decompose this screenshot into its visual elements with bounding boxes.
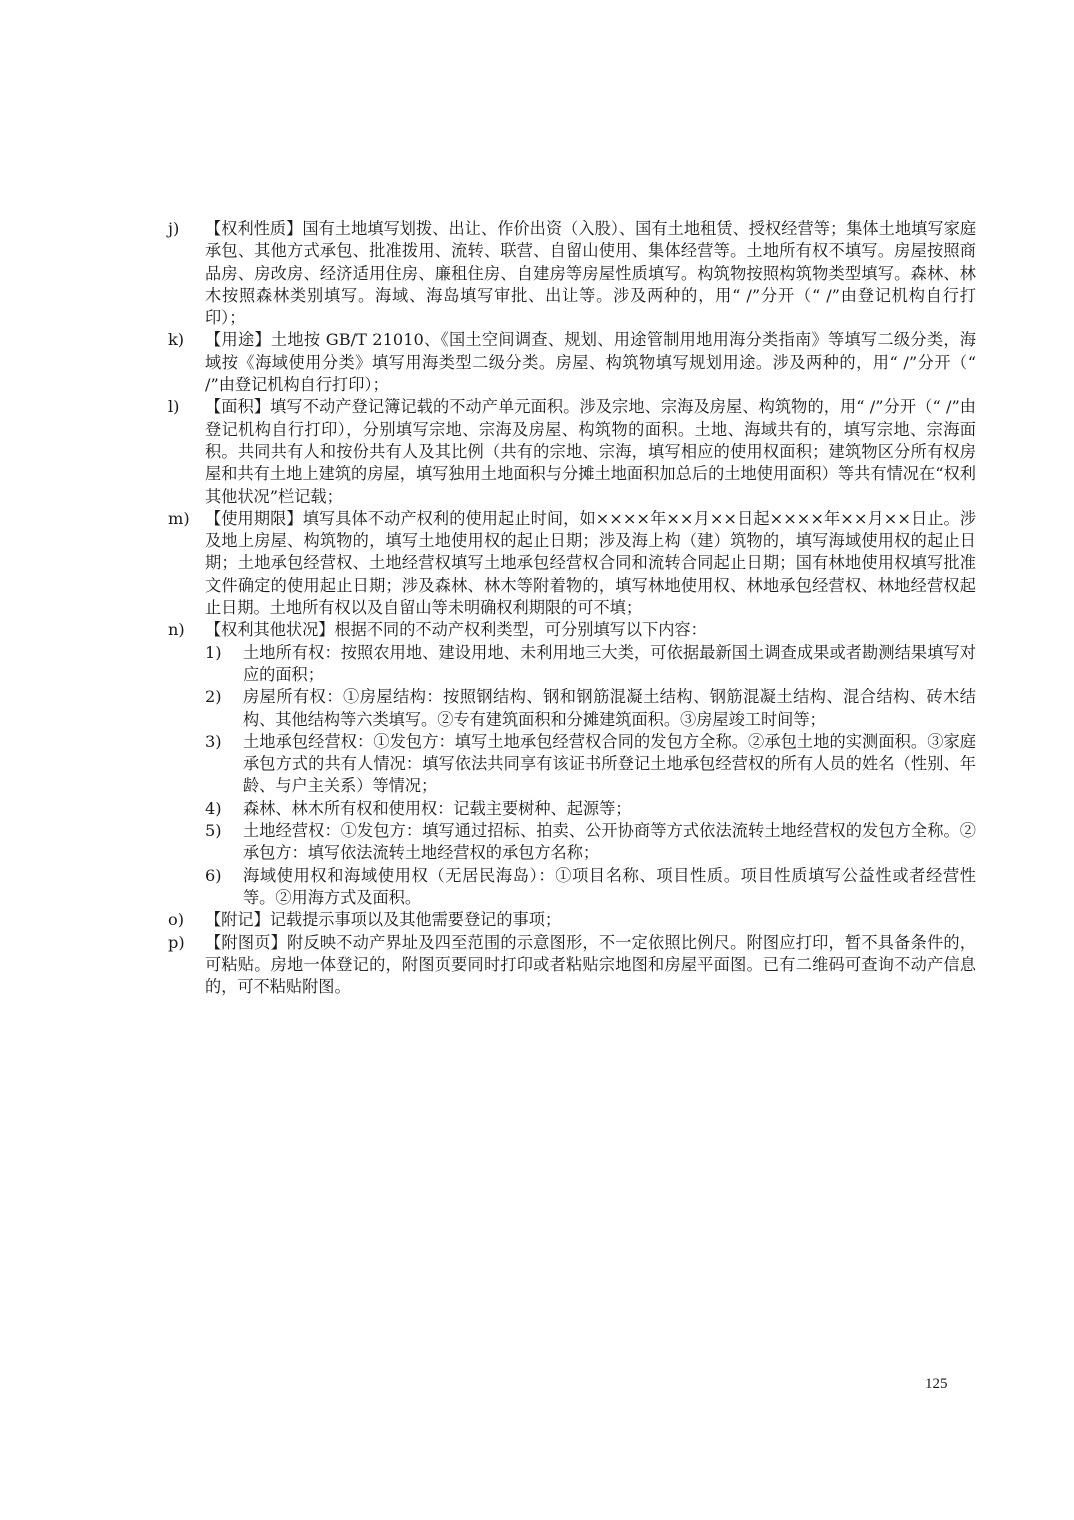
sub-item-3: 3)土地承包经营权：①发包方：填写土地承包经营权合同的发包方全称。②承包土地的实… xyxy=(205,731,976,798)
sub-item-5: 5)土地经营权：①发包方：填写通过招标、拍卖、公开协商等方式依法流转土地经营权的… xyxy=(205,820,976,865)
item-heading: 【面积】 xyxy=(205,397,270,416)
sub-item-label: 6) xyxy=(205,865,239,887)
sub-item-1: 1)土地所有权：按照农用地、建设用地、未利用地三大类，可依据最新国土调查成果或者… xyxy=(205,642,976,687)
sub-item-text: 土地经营权：①发包方：填写通过招标、拍卖、公开协商等方式依法流转土地经营权的发包… xyxy=(243,821,976,862)
item-text: 填写不动产登记簿记载的不动产单元面积。涉及宗地、宗海及房屋、构筑物的，用“ /”… xyxy=(205,397,976,505)
page-number: 125 xyxy=(925,1376,948,1393)
item-text: 国有土地填写划拨、出让、作价出资（入股）、国有土地租赁、授权经营等；集体土地填写… xyxy=(205,219,976,327)
instruction-list: j)【权利性质】国有土地填写划拨、出让、作价出资（入股）、国有土地租赁、授权经营… xyxy=(168,218,976,998)
list-item-m: m)【使用期限】填写具体不动产权利的使用起止时间，如××××年××月××日起××… xyxy=(168,508,976,619)
sub-item-label: 5) xyxy=(205,820,239,842)
sub-item-label: 4) xyxy=(205,798,239,820)
sub-item-text: 房屋所有权：①房屋结构：按照钢结构、钢和钢筋混凝土结构、钢筋混凝土结构、混合结构… xyxy=(243,687,976,728)
item-text: 土地按 GB/T 21010、《国土空间调查、规划、用途管制用地用海分类指南》等… xyxy=(205,330,976,394)
item-label: l) xyxy=(168,396,202,418)
item-text: 记载提示事项以及其他需要登记的事项； xyxy=(270,910,561,929)
item-label: o) xyxy=(168,909,202,931)
sub-item-label: 3) xyxy=(205,731,239,753)
item-label: k) xyxy=(168,329,202,351)
item-heading: 【用途】 xyxy=(205,330,271,349)
document-page: j)【权利性质】国有土地填写划拨、出让、作价出资（入股）、国有土地租赁、授权经营… xyxy=(0,0,1074,1520)
item-heading: 【权利性质】 xyxy=(205,219,302,238)
sub-item-text: 海域使用权和海域使用权（无居民海岛）：①项目名称、项目性质。项目性质填写公益性或… xyxy=(243,866,976,907)
item-heading: 【权利其他状况】 xyxy=(205,620,335,639)
list-item-j: j)【权利性质】国有土地填写划拨、出让、作价出资（入股）、国有土地租赁、授权经营… xyxy=(168,218,976,329)
sub-item-2: 2)房屋所有权：①房屋结构：按照钢结构、钢和钢筋混凝土结构、钢筋混凝土结构、混合… xyxy=(205,686,976,731)
list-item-p: p)【附图页】附反映不动产界址及四至范围的示意图形，不一定依照比例尺。附图应打印… xyxy=(168,932,976,999)
item-text: 根据不同的不动产权利类型，可分别填写以下内容： xyxy=(335,620,707,639)
item-label: j) xyxy=(168,218,202,240)
sub-item-label: 2) xyxy=(205,686,239,708)
sub-item-text: 森林、林木所有权和使用权：记载主要树种、起源等； xyxy=(243,799,632,818)
item-label: p) xyxy=(168,932,202,954)
sub-item-label: 1) xyxy=(205,642,239,664)
item-text: 填写具体不动产权利的使用起止时间，如××××年××月××日起××××年××月××… xyxy=(205,509,976,617)
item-label: m) xyxy=(168,508,202,530)
item-label: n) xyxy=(168,619,202,641)
sub-item-4: 4)森林、林木所有权和使用权：记载主要树种、起源等； xyxy=(205,798,976,820)
item-heading: 【附图页】 xyxy=(205,933,287,952)
item-text: 附反映不动产界址及四至范围的示意图形，不一定依照比例尺。附图应打印，暂不具备条件… xyxy=(205,933,976,997)
list-item-o: o)【附记】记载提示事项以及其他需要登记的事项； xyxy=(168,909,976,931)
list-item-n: n)【权利其他状况】根据不同的不动产权利类型，可分别填写以下内容： 1)土地所有… xyxy=(168,619,976,909)
sub-item-6: 6)海域使用权和海域使用权（无居民海岛）：①项目名称、项目性质。项目性质填写公益… xyxy=(205,865,976,910)
item-heading: 【附记】 xyxy=(205,910,270,929)
sub-item-text: 土地所有权：按照农用地、建设用地、未利用地三大类，可依据最新国土调查成果或者勘测… xyxy=(243,643,976,684)
list-item-l: l)【面积】填写不动产登记簿记载的不动产单元面积。涉及宗地、宗海及房屋、构筑物的… xyxy=(168,396,976,507)
list-item-k: k)【用途】土地按 GB/T 21010、《国土空间调查、规划、用途管制用地用海… xyxy=(168,329,976,396)
sub-item-text: 土地承包经营权：①发包方：填写土地承包经营权合同的发包方全称。②承包土地的实测面… xyxy=(243,732,976,796)
item-heading: 【使用期限】 xyxy=(205,509,303,528)
